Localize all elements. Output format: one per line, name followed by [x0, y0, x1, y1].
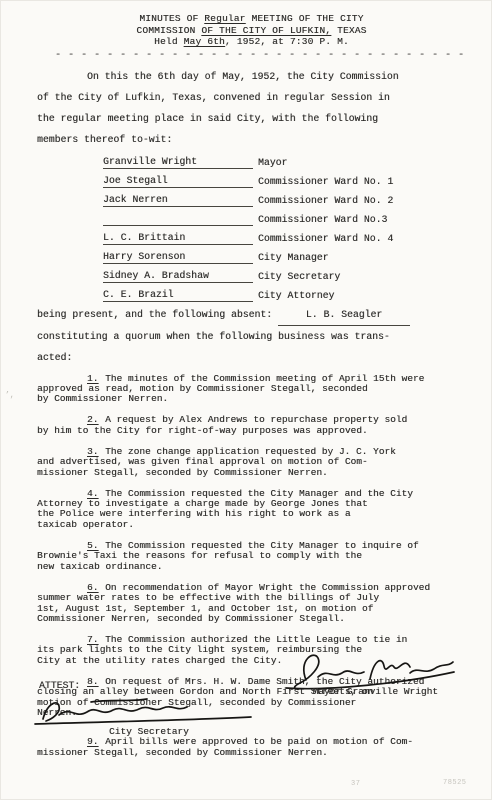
document-page: MINUTES OF Regular MEETING OF THE CITY C…	[0, 0, 492, 800]
roster-title: Commissioner Ward No. 4	[258, 233, 393, 245]
roster-row: C. E. BrazilCity Attorney	[103, 283, 466, 302]
attest-label: ATTEST:	[39, 680, 80, 691]
roster-name: Jack Nerren	[103, 194, 253, 207]
roster-row: Commissioner Ward No.3	[103, 207, 466, 226]
roster-name: L. C. Brittain	[103, 232, 253, 245]
roster-name	[103, 213, 253, 226]
item-number: 1.	[87, 373, 98, 384]
attendance-paragraph: being present, and the following absent:…	[37, 304, 466, 368]
minutes-item: 1. The minutes of the Commission meeting…	[37, 374, 466, 405]
roster-row: Granville WrightMayor	[103, 150, 466, 169]
roster-row: L. C. BrittainCommissioner Ward No. 4	[103, 226, 466, 245]
roster-title: Commissioner Ward No.3	[258, 214, 387, 226]
item-line: taxicab operator.	[37, 520, 466, 530]
document-title: MINUTES OF Regular MEETING OF THE CITY C…	[37, 13, 466, 48]
signature-area: Mayor Granville Wright ATTEST: City Secr…	[37, 710, 466, 790]
item-line: by Commissioner Nerren.	[37, 394, 466, 404]
minutes-item: 3. The zone change application requested…	[37, 447, 466, 478]
roster: Granville WrightMayorJoe StegallCommissi…	[103, 150, 466, 302]
minutes-item: 2. A request by Alex Andrews to repurcha…	[37, 415, 466, 436]
footer-right-mark: 78525	[443, 779, 467, 787]
attendance-line-1: being present, and the following absent:…	[37, 304, 466, 326]
attendance-line-2: constituting a quorum when the following…	[37, 326, 466, 347]
title-line-1-filled: Regular	[204, 13, 245, 24]
title-line-3: Held May 6th, 1952, at 7:30 P. M.	[37, 36, 466, 48]
roster-name: Granville Wright	[103, 156, 253, 169]
footer-left-mark: 37	[351, 780, 360, 788]
item-line: summer water rates to be effective with …	[37, 593, 466, 603]
absent-name: L. B. Seagler	[278, 304, 410, 326]
roster-title: City Manager	[258, 252, 329, 264]
item-line: by him to the City for right-of-way purp…	[37, 426, 466, 436]
roster-name: C. E. Brazil	[103, 289, 253, 302]
roster-row: Harry SorensonCity Manager	[103, 245, 466, 264]
roster-row: Sidney A. BradshawCity Secretary	[103, 264, 466, 283]
margin-noise-mark: ’,	[5, 391, 15, 400]
item-line: missioner Stegall, seconded by Commissio…	[37, 468, 466, 478]
roster-title: City Attorney	[258, 290, 334, 302]
roster-title: Commissioner Ward No. 2	[258, 195, 393, 207]
minutes-item: 4. The Commission requested the City Man…	[37, 489, 466, 530]
roster-title: Commissioner Ward No. 1	[258, 176, 393, 188]
item-line: new taxicab ordinance.	[37, 562, 466, 572]
secretary-signature	[33, 696, 253, 730]
intro-line: On this the 6th day of May, 1952, the Ci…	[37, 66, 466, 87]
item-line: Commissioner Nerren, seconded by Commiss…	[37, 614, 466, 624]
dashed-divider: - - - - - - - - - - - - - - - - - - - - …	[37, 50, 466, 61]
roster-name: Joe Stegall	[103, 175, 253, 188]
title-line-2-filled: OF THE CITY OF LUFKIN,	[201, 25, 331, 36]
roster-title: City Secretary	[258, 271, 340, 283]
intro-line: the regular meeting place in said City, …	[37, 108, 466, 129]
roster-title: Mayor	[258, 157, 287, 169]
attendance-line-3: acted:	[37, 347, 466, 368]
roster-row: Jack NerrenCommissioner Ward No. 2	[103, 188, 466, 207]
intro-line: of the City of Lufkin, Texas, convened i…	[37, 87, 466, 108]
item-number: 2.	[87, 414, 98, 425]
title-line-3-filled: May 6th	[184, 36, 225, 47]
intro-paragraph: On this the 6th day of May, 1952, the Ci…	[37, 66, 466, 150]
roster-name: Harry Sorenson	[103, 251, 253, 264]
minutes-item: 6. On recommendation of Mayor Wright the…	[37, 583, 466, 624]
roster-name: Sidney A. Bradshaw	[103, 270, 253, 283]
secretary-signature-label: City Secretary	[109, 726, 189, 737]
minutes-item: 5. The Commission requested the City Man…	[37, 541, 466, 572]
mayor-signature-label: Mayor Granville Wright	[313, 686, 438, 697]
title-line-1: MINUTES OF Regular MEETING OF THE CITY	[37, 13, 466, 25]
intro-line: members thereof to-wit:	[37, 129, 466, 150]
title-line-2: COMMISSION OF THE CITY OF LUFKIN, TEXAS	[37, 25, 466, 37]
roster-row: Joe StegallCommissioner Ward No. 1	[103, 169, 466, 188]
